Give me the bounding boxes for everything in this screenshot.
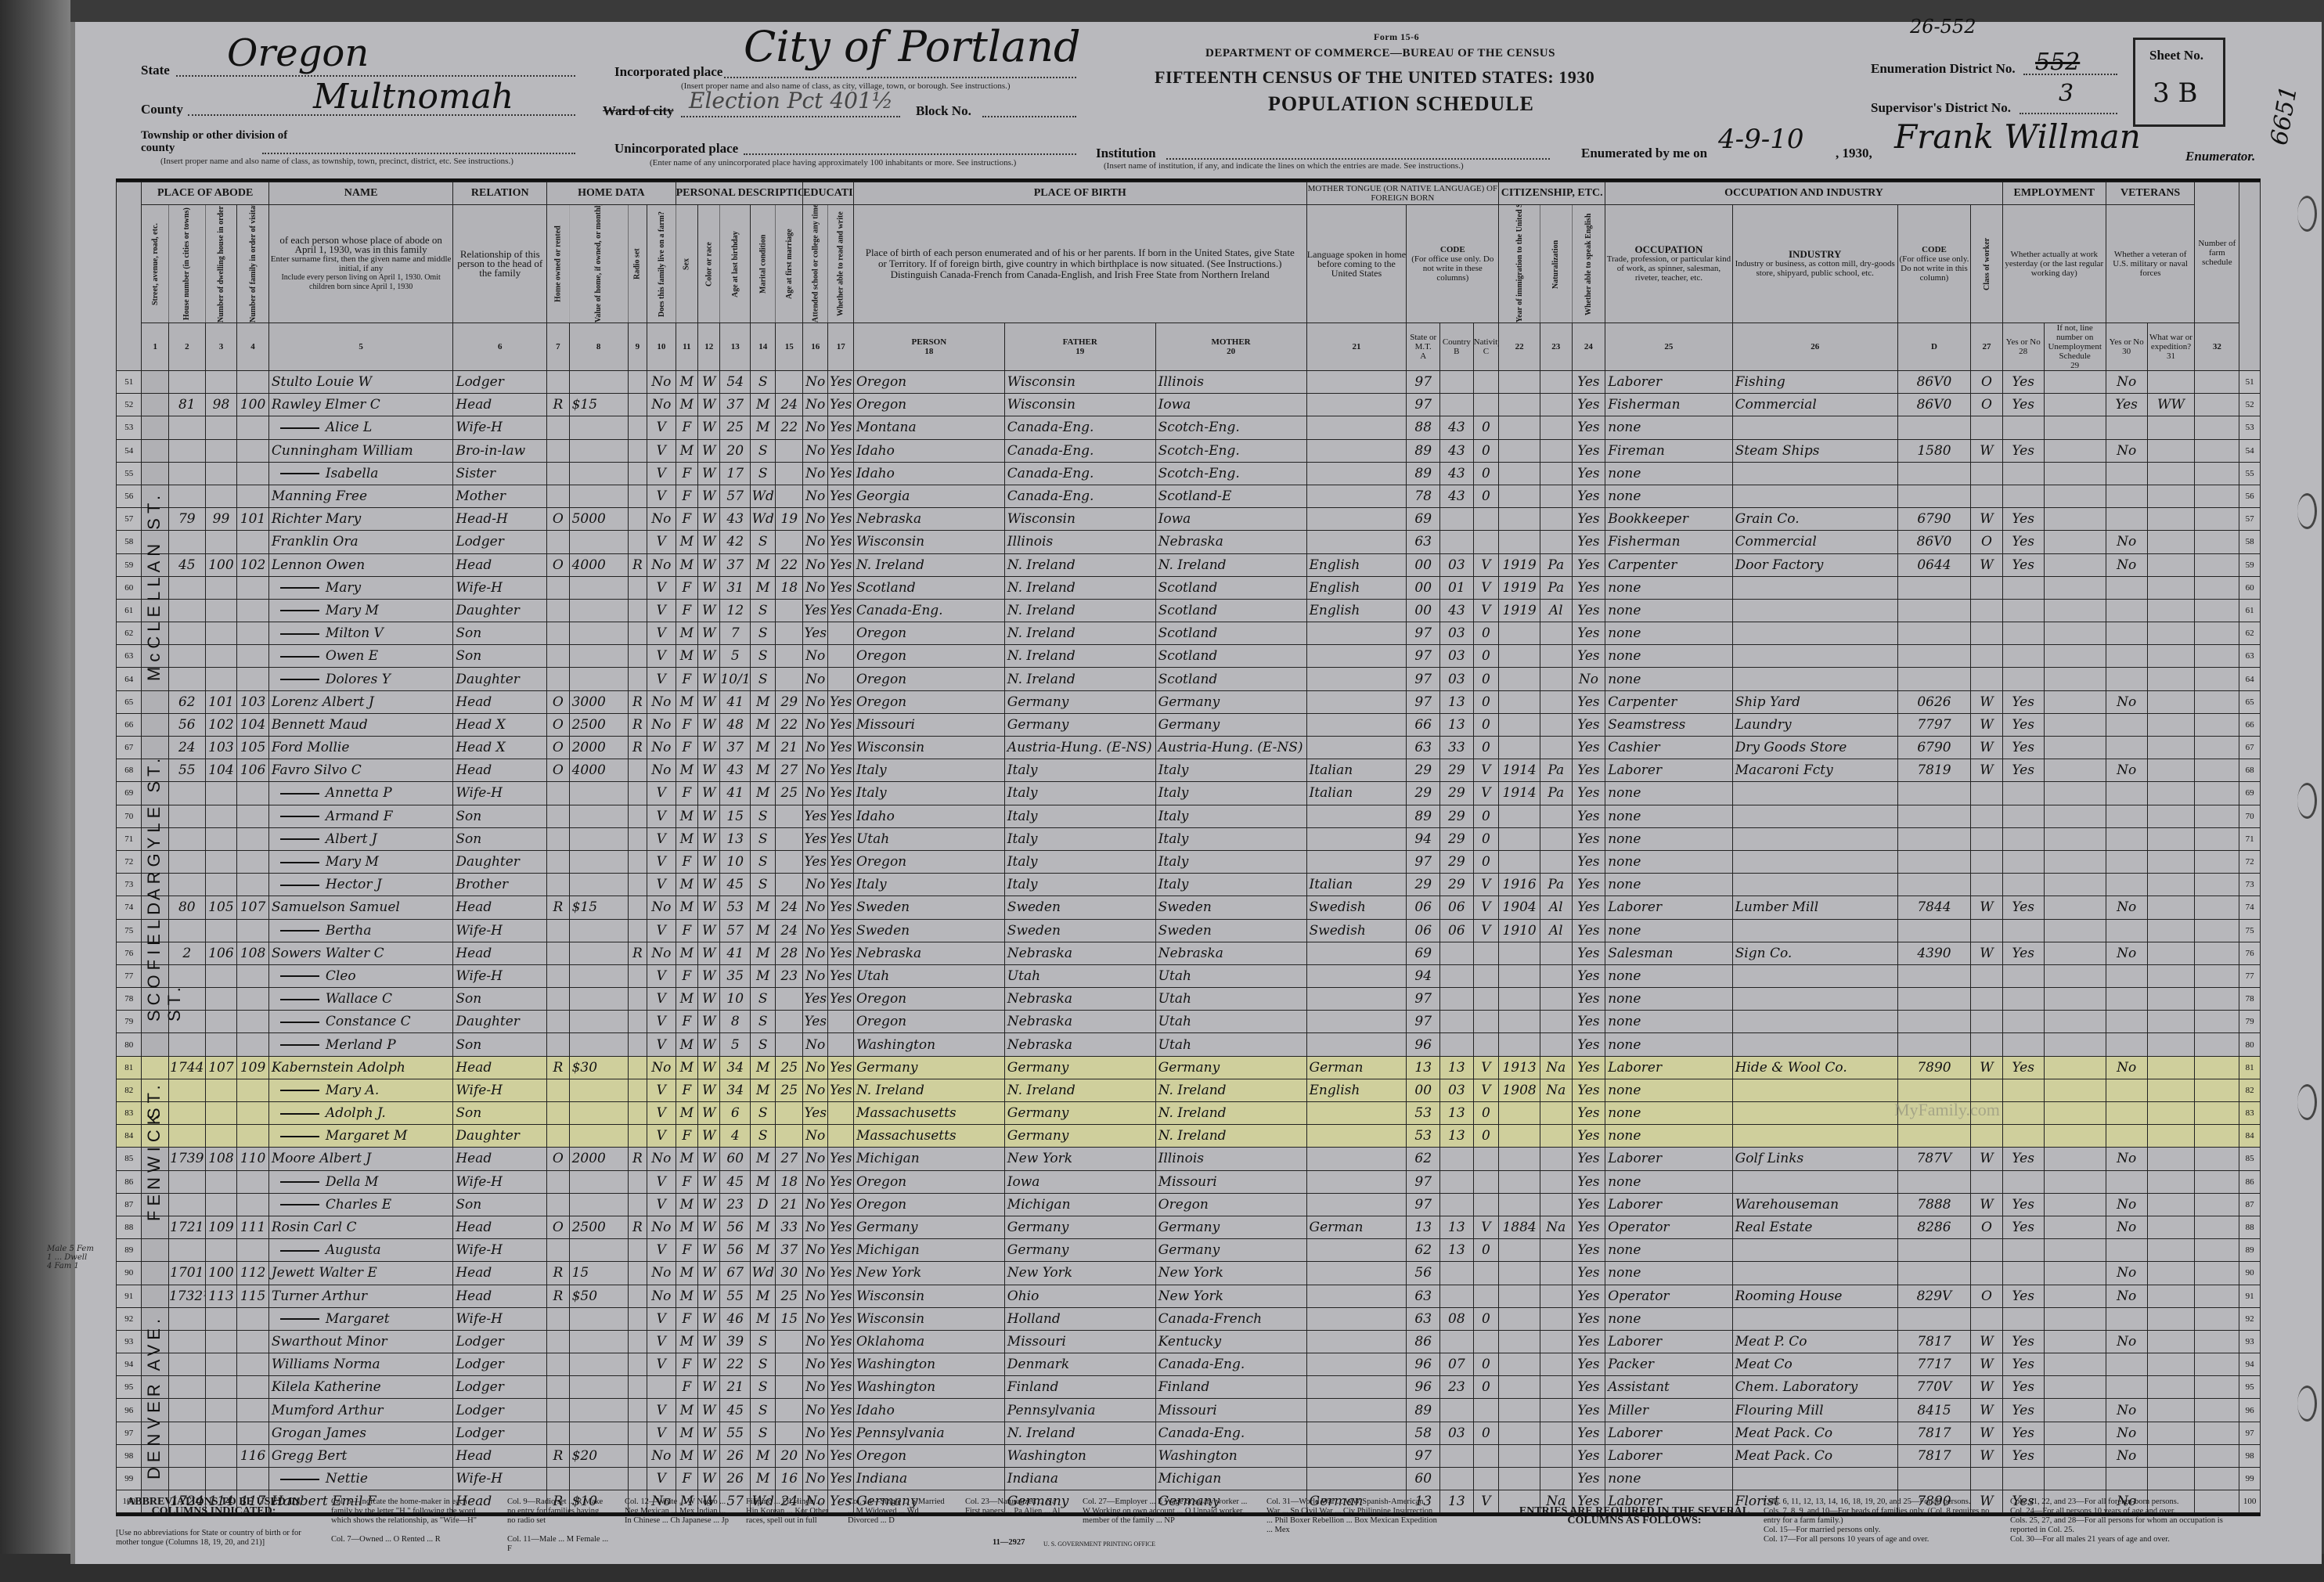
colnum-21: 21 (1306, 323, 1407, 371)
code-c-cell: 0 (1473, 850, 1499, 873)
occupation-cell: none (1605, 988, 1732, 1011)
school-cell: No (803, 485, 828, 507)
name-text: Wallace C (326, 991, 392, 1007)
unemp-line-cell (2044, 1079, 2106, 1101)
class-cell (1971, 919, 2003, 942)
relation-cell: Head (453, 553, 547, 576)
veteran-cell (2106, 1307, 2147, 1330)
farm-cell: V (647, 919, 676, 942)
farm-cell: No (647, 508, 676, 531)
dwelling-cell (205, 645, 237, 668)
code-b-cell: 06 (1440, 896, 1474, 919)
english-cell: Yes (1572, 690, 1605, 713)
family-cell (237, 1399, 269, 1422)
pob-father-cell: Nebraska (1004, 942, 1155, 964)
age-marriage-cell (776, 1376, 803, 1399)
code-c-cell: 0 (1473, 1102, 1499, 1125)
pob-father-cell: Austria-Hung. (E-NS) (1004, 737, 1155, 759)
family-cell (237, 439, 269, 462)
table-row: 62Milton VSonVMW7SYesOregonN. IrelandSco… (117, 622, 2261, 645)
industry-cell (1732, 599, 1897, 622)
line-number: 57 (117, 508, 142, 531)
english-cell: Yes (1572, 1239, 1605, 1262)
natur-cell (1540, 1422, 1572, 1444)
occupation-cell: Laborer (1605, 896, 1732, 919)
read-write-cell: Yes (828, 1148, 853, 1170)
family-cell: 108 (237, 942, 269, 964)
code-c-cell: V (1473, 1079, 1499, 1101)
line-number: 89 (2239, 1239, 2261, 1262)
code-c-cell: V (1473, 874, 1499, 896)
street-label-fenwick: FENWICK (144, 1104, 164, 1221)
relation-cell: Head (453, 942, 547, 964)
name-cell: Armand F (268, 805, 453, 827)
class-cell: W (1971, 1444, 2003, 1467)
dwelling-cell (205, 1468, 237, 1490)
sex-cell: F (676, 416, 697, 439)
read-write-cell (828, 645, 853, 668)
sex-cell: M (676, 827, 697, 850)
school-cell: No (803, 1193, 828, 1216)
code-a-cell: 86 (1407, 1330, 1440, 1353)
pob-father-cell: Sweden (1004, 896, 1155, 919)
radio-cell (628, 462, 647, 485)
farm-sched-cell (2195, 1307, 2239, 1330)
occ-code-cell (1897, 1125, 1970, 1148)
farm-sched-cell (2195, 1285, 2239, 1307)
pob-mother-cell: N. Ireland (1155, 1102, 1306, 1125)
marital-cell: M (751, 1468, 776, 1490)
code-c-cell: 0 (1473, 1376, 1499, 1399)
farm-sched-cell (2195, 1330, 2239, 1353)
family-cell (237, 1239, 269, 1262)
relation-cell: Wife-H (453, 1079, 547, 1101)
entries-1: Cols. 6, 11, 12, 13, 14, 16, 18, 19, 20,… (1764, 1497, 1998, 1507)
immig-cell (1499, 1011, 1540, 1033)
owned-cell (547, 439, 569, 462)
farm-cell: No (647, 713, 676, 736)
war-cell (2147, 1193, 2195, 1216)
immig-cell (1499, 690, 1540, 713)
marital-cell: S (751, 1376, 776, 1399)
marital-cell: M (751, 1285, 776, 1307)
line-number: 70 (2239, 805, 2261, 827)
name-text: Adolph J. (326, 1105, 386, 1121)
line-number: 70 (117, 805, 142, 827)
colnum-B: CountryB (1440, 323, 1474, 371)
farm-cell: No (647, 553, 676, 576)
incorporated-value: City of Portland (744, 22, 1081, 71)
table-row: 54Cunningham WilliamBro-in-lawVMW20SNoYe… (117, 439, 2261, 462)
read-write-cell: Yes (828, 553, 853, 576)
race-cell: W (698, 713, 720, 736)
pob-father-cell: Wisconsin (1004, 508, 1155, 531)
house-cell: 1744 (168, 1056, 205, 1079)
code-b-cell: 43 (1440, 416, 1474, 439)
county-label: County (141, 102, 183, 117)
mother-tongue-header: MOTHER TONGUE (OR NATIVE LANGUAGE) OF FO… (1306, 182, 1499, 205)
value-cell (569, 1422, 628, 1444)
sex-cell: M (676, 1148, 697, 1170)
dwelling-cell (205, 1125, 237, 1148)
read-write-cell: Yes (828, 942, 853, 964)
war-cell (2147, 1079, 2195, 1101)
occupation-cell: Laborer (1605, 1148, 1732, 1170)
line-number: 78 (117, 988, 142, 1011)
age-marriage-cell: 23 (776, 964, 803, 987)
age-cell: 54 (720, 371, 751, 394)
code-a-cell: 94 (1407, 964, 1440, 987)
entries-2: Cols. 7, 8, 9, and 10—For heads of famil… (1764, 1507, 1998, 1526)
table-row: 55IsabellaSisterVFW17SNoYesIdahoCanada-E… (117, 462, 2261, 485)
ditto-mark (280, 975, 319, 977)
read-write-cell: Yes (828, 964, 853, 987)
entries-title: ENTRIES ARE REQUIRED IN THE SEVERAL COLU… (1517, 1507, 1752, 1526)
occupation-cell: none (1605, 462, 1732, 485)
radio-cell (628, 1011, 647, 1033)
line-number: 68 (117, 759, 142, 782)
farm-cell: V (647, 1422, 676, 1444)
name-cell: Della M (268, 1170, 453, 1193)
unemp-line-cell (2044, 1170, 2106, 1193)
marital-cell: M (751, 1216, 776, 1238)
code-c-cell (1473, 371, 1499, 394)
line-number: 92 (2239, 1307, 2261, 1330)
name-text: Lennon Owen (272, 557, 365, 573)
code-a-cell: 89 (1407, 1399, 1440, 1422)
pob-mother-cell: Scotch-Eng. (1155, 439, 1306, 462)
read-write-cell (828, 622, 853, 645)
code-c-cell: 0 (1473, 827, 1499, 850)
natur-cell: Pa (1540, 576, 1572, 599)
at-work-cell: Yes (2002, 1193, 2044, 1216)
pob-person-cell: Oregon (853, 690, 1004, 713)
occ-code-cell (1897, 782, 1970, 805)
farm-header: Does this family live on a farm? (647, 205, 676, 323)
class-cell: O (1971, 531, 2003, 553)
pob-father-cell: Indiana (1004, 1468, 1155, 1490)
line-number: 69 (117, 782, 142, 805)
name-text: Dolores Y (326, 672, 391, 687)
name-cell: Rawley Elmer C (268, 394, 453, 416)
colnum-2: 2 (168, 323, 205, 371)
code-a-cell: 96 (1407, 1376, 1440, 1399)
pob-person-cell: Italy (853, 874, 1004, 896)
farm-cell: V (647, 805, 676, 827)
immig-cell (1499, 1148, 1540, 1170)
name-cell: Kabernstein Adolph (268, 1056, 453, 1079)
farm-sched-cell (2195, 1193, 2239, 1216)
farm-sched-cell (2195, 462, 2239, 485)
natur-cell (1540, 1239, 1572, 1262)
name-text: Margaret (326, 1311, 390, 1327)
code-c-cell (1473, 1193, 1499, 1216)
language-cell: German (1306, 1056, 1407, 1079)
dwelling-cell (205, 1422, 237, 1444)
read-write-cell: Yes (828, 485, 853, 507)
line-number: 62 (2239, 622, 2261, 645)
farm-sched-cell (2195, 553, 2239, 576)
english-cell: Yes (1572, 1353, 1605, 1376)
industry-cell (1732, 874, 1897, 896)
veteran-cell (2106, 1102, 2147, 1125)
occupation-cell: none (1605, 1307, 1732, 1330)
code-a-cell: 63 (1407, 1285, 1440, 1307)
natur-cell (1540, 531, 1572, 553)
table-row: 82Mary A.Wife-HVFW34M25NoYesN. IrelandN.… (117, 1079, 2261, 1101)
school-cell: No (803, 1239, 828, 1262)
occ-code-cell: 7797 (1897, 713, 1970, 736)
race-cell: W (698, 782, 720, 805)
line-number: 92 (117, 1307, 142, 1330)
house-cell (168, 1079, 205, 1101)
age-marriage-cell: 22 (776, 553, 803, 576)
sex-cell: F (676, 850, 697, 873)
farm-cell: No (647, 1216, 676, 1238)
age-marriage-cell: 30 (776, 1262, 803, 1285)
race-cell: W (698, 1239, 720, 1262)
house-cell (168, 850, 205, 873)
veteran-cell (2106, 1170, 2147, 1193)
family-cell (237, 1011, 269, 1033)
radio-cell (628, 1422, 647, 1444)
pob-mother-cell: Illinois (1155, 371, 1306, 394)
sex-cell: M (676, 1422, 697, 1444)
house-cell: 62 (168, 690, 205, 713)
code-b-cell: 03 (1440, 1079, 1474, 1101)
age-cell: 10 (720, 850, 751, 873)
english-cell: Yes (1572, 1011, 1605, 1033)
unemp-line-cell (2044, 874, 2106, 896)
industry-cell: Dry Goods Store (1732, 737, 1897, 759)
ditto-mark (280, 1181, 319, 1183)
family-cell (237, 988, 269, 1011)
farm-cell: No (647, 942, 676, 964)
farm-cell: V (647, 1011, 676, 1033)
ditto-mark (280, 862, 319, 863)
name-cell: Rosin Carl C (268, 1216, 453, 1238)
code-c-cell: V (1473, 782, 1499, 805)
pob-person-cell: Indiana (853, 1468, 1004, 1490)
code-a-cell: 13 (1407, 1056, 1440, 1079)
owned-cell: R (547, 1056, 569, 1079)
ditto-mark (280, 930, 319, 932)
name-text: Mary A. (326, 1083, 379, 1098)
relation-cell: Son (453, 645, 547, 668)
english-cell: Yes (1572, 782, 1605, 805)
code-c-cell: V (1473, 553, 1499, 576)
language-cell (1306, 737, 1407, 759)
natur-cell (1540, 1330, 1572, 1353)
code-a-cell: 29 (1407, 874, 1440, 896)
industry-cell (1732, 645, 1897, 668)
relation-description: Relationship of this person to the head … (453, 205, 547, 323)
natur-cell (1540, 1148, 1572, 1170)
name-text: Hector J (326, 877, 382, 892)
code-a-cell: 97 (1407, 988, 1440, 1011)
code-a-cell: 13 (1407, 1216, 1440, 1238)
race-cell: W (698, 439, 720, 462)
family-cell: 112 (237, 1262, 269, 1285)
class-cell (1971, 1239, 2003, 1262)
occupation-cell: Miller (1605, 1399, 1732, 1422)
relation-cell: Son (453, 1102, 547, 1125)
language-cell (1306, 988, 1407, 1011)
occ-code-cell: 7817 (1897, 1444, 1970, 1467)
relation-cell: Daughter (453, 668, 547, 690)
table-row: 53Alice LWife-HVFW25M22NoYesMontanaCanad… (117, 416, 2261, 439)
natur-cell: Na (1540, 1079, 1572, 1101)
age-cell: 41 (720, 782, 751, 805)
english-cell: Yes (1572, 416, 1605, 439)
industry-cell (1732, 1033, 1897, 1056)
age-cell: 37 (720, 737, 751, 759)
farm-sched-cell (2195, 668, 2239, 690)
line-number: 66 (117, 713, 142, 736)
table-row: 63Owen ESonVMW5SNoOregonN. IrelandScotla… (117, 645, 2261, 668)
sex-cell: F (676, 1468, 697, 1490)
radio-cell: R (628, 942, 647, 964)
pob-person-cell: Utah (853, 964, 1004, 987)
family-cell: 111 (237, 1216, 269, 1238)
farm-cell: V (647, 1079, 676, 1101)
family-cell (237, 1422, 269, 1444)
value-cell (569, 874, 628, 896)
code-a-cell: 53 (1407, 1125, 1440, 1148)
family-cell (237, 576, 269, 599)
veteran-cell (2106, 782, 2147, 805)
language-cell: Swedish (1306, 896, 1407, 919)
punch-hole (2297, 493, 2317, 529)
industry-cell: Meat Pack. Co (1732, 1444, 1897, 1467)
pob-mother-cell: N. Ireland (1155, 553, 1306, 576)
immig-cell (1499, 827, 1540, 850)
radio-cell (628, 896, 647, 919)
pob-father-cell: Pennsylvania (1004, 1399, 1155, 1422)
school-cell: No (803, 439, 828, 462)
school-cell: No (803, 690, 828, 713)
race-cell: W (698, 1033, 720, 1056)
marital-cell: M (751, 1079, 776, 1101)
farm-sched-cell (2195, 874, 2239, 896)
ditto-mark (280, 999, 319, 1000)
abbrev-col11: Col. 11—Male ... M Female ... F (507, 1535, 609, 1554)
natur-cell (1540, 964, 1572, 987)
age-marriage-cell: 28 (776, 942, 803, 964)
name-cell: Hector J (268, 874, 453, 896)
table-row: 6855104106Favro Silvo CHeadO4000NoMW43M2… (117, 759, 2261, 782)
code-b-cell: 13 (1440, 1056, 1474, 1079)
unemp-line-cell (2044, 1033, 2106, 1056)
line-number: 84 (117, 1125, 142, 1148)
family-cell: 107 (237, 896, 269, 919)
natur-cell (1540, 1033, 1572, 1056)
house-number-header: House number (in cities or towns) (168, 205, 205, 323)
english-cell: Yes (1572, 896, 1605, 919)
at-work-cell: Yes (2002, 690, 2044, 713)
farm-sched-cell (2195, 1148, 2239, 1170)
relation-cell: Head (453, 1444, 547, 1467)
school-cell: No (803, 1376, 828, 1399)
pob-person-cell: Sweden (853, 896, 1004, 919)
age-marriage-cell (776, 827, 803, 850)
english-cell: Yes (1572, 1285, 1605, 1307)
pob-mother-cell: Italy (1155, 805, 1306, 827)
relation-cell: Wife-H (453, 416, 547, 439)
schedule-title: POPULATION SCHEDULE (1268, 92, 1534, 116)
value-cell (569, 1353, 628, 1376)
value-cell (569, 1376, 628, 1399)
code-a-cell: 97 (1407, 1170, 1440, 1193)
at-work-cell (2002, 1125, 2044, 1148)
occupation-cell: Laborer (1605, 1330, 1732, 1353)
sex-cell: F (676, 782, 697, 805)
war-cell (2147, 737, 2195, 759)
farm-sched-cell (2195, 531, 2239, 553)
language-cell (1306, 622, 1407, 645)
veteran-cell (2106, 599, 2147, 622)
relation-cell: Wife-H (453, 919, 547, 942)
name-text: Grogan James (272, 1425, 366, 1441)
english-cell: Yes (1572, 439, 1605, 462)
unemp-line-cell (2044, 462, 2106, 485)
owned-cell (547, 416, 569, 439)
industry-cell: Real Estate (1732, 1216, 1897, 1238)
enumerator-label: Enumerator. (2185, 149, 2255, 164)
colnum-5: 5 (268, 323, 453, 371)
occupation-cell: none (1605, 1011, 1732, 1033)
immig-cell: 1916 (1499, 874, 1540, 896)
marital-cell: M (751, 1307, 776, 1330)
radio-cell (628, 1444, 647, 1467)
pob-father-cell: N. Ireland (1004, 599, 1155, 622)
owned-cell (547, 942, 569, 964)
unemp-line-cell (2044, 371, 2106, 394)
owned-cell (547, 1102, 569, 1125)
sex-cell: F (676, 1353, 697, 1376)
race-cell: W (698, 1444, 720, 1467)
natur-cell (1540, 1353, 1572, 1376)
natur-cell (1540, 439, 1572, 462)
entries-3: Col. 15—For married persons only. (1764, 1526, 1998, 1535)
radio-cell: R (628, 553, 647, 576)
table-row: 64Dolores YDaughterVFW10/12SNoOregonN. I… (117, 668, 2261, 690)
industry-cell (1732, 622, 1897, 645)
read-write-cell: Yes (828, 371, 853, 394)
english-cell: Yes (1572, 988, 1605, 1011)
race-cell: W (698, 371, 720, 394)
pob-mother-cell: Scotland (1155, 622, 1306, 645)
institution-label: Institution (1096, 146, 1156, 161)
dwelling-cell (205, 462, 237, 485)
industry-cell (1732, 964, 1897, 987)
age-cell: 57 (720, 485, 751, 507)
name-text: Kilela Katherine (272, 1379, 381, 1395)
line-number: 83 (2239, 1102, 2261, 1125)
line-number: 77 (2239, 964, 2261, 987)
age-marriage-cell: 22 (776, 713, 803, 736)
age-marriage-cell (776, 1399, 803, 1422)
name-text: Milton V (326, 625, 384, 641)
occupation-cell: Operator (1605, 1285, 1732, 1307)
name-text: Favro Silvo C (272, 762, 362, 778)
veteran-cell (2106, 827, 2147, 850)
read-write-cell: Yes (828, 988, 853, 1011)
farm-cell: V (647, 782, 676, 805)
farm-sched-cell (2195, 759, 2239, 782)
dwelling-number-header: Number of dwelling house in order of vis… (205, 205, 237, 323)
ditto-mark (280, 427, 319, 429)
